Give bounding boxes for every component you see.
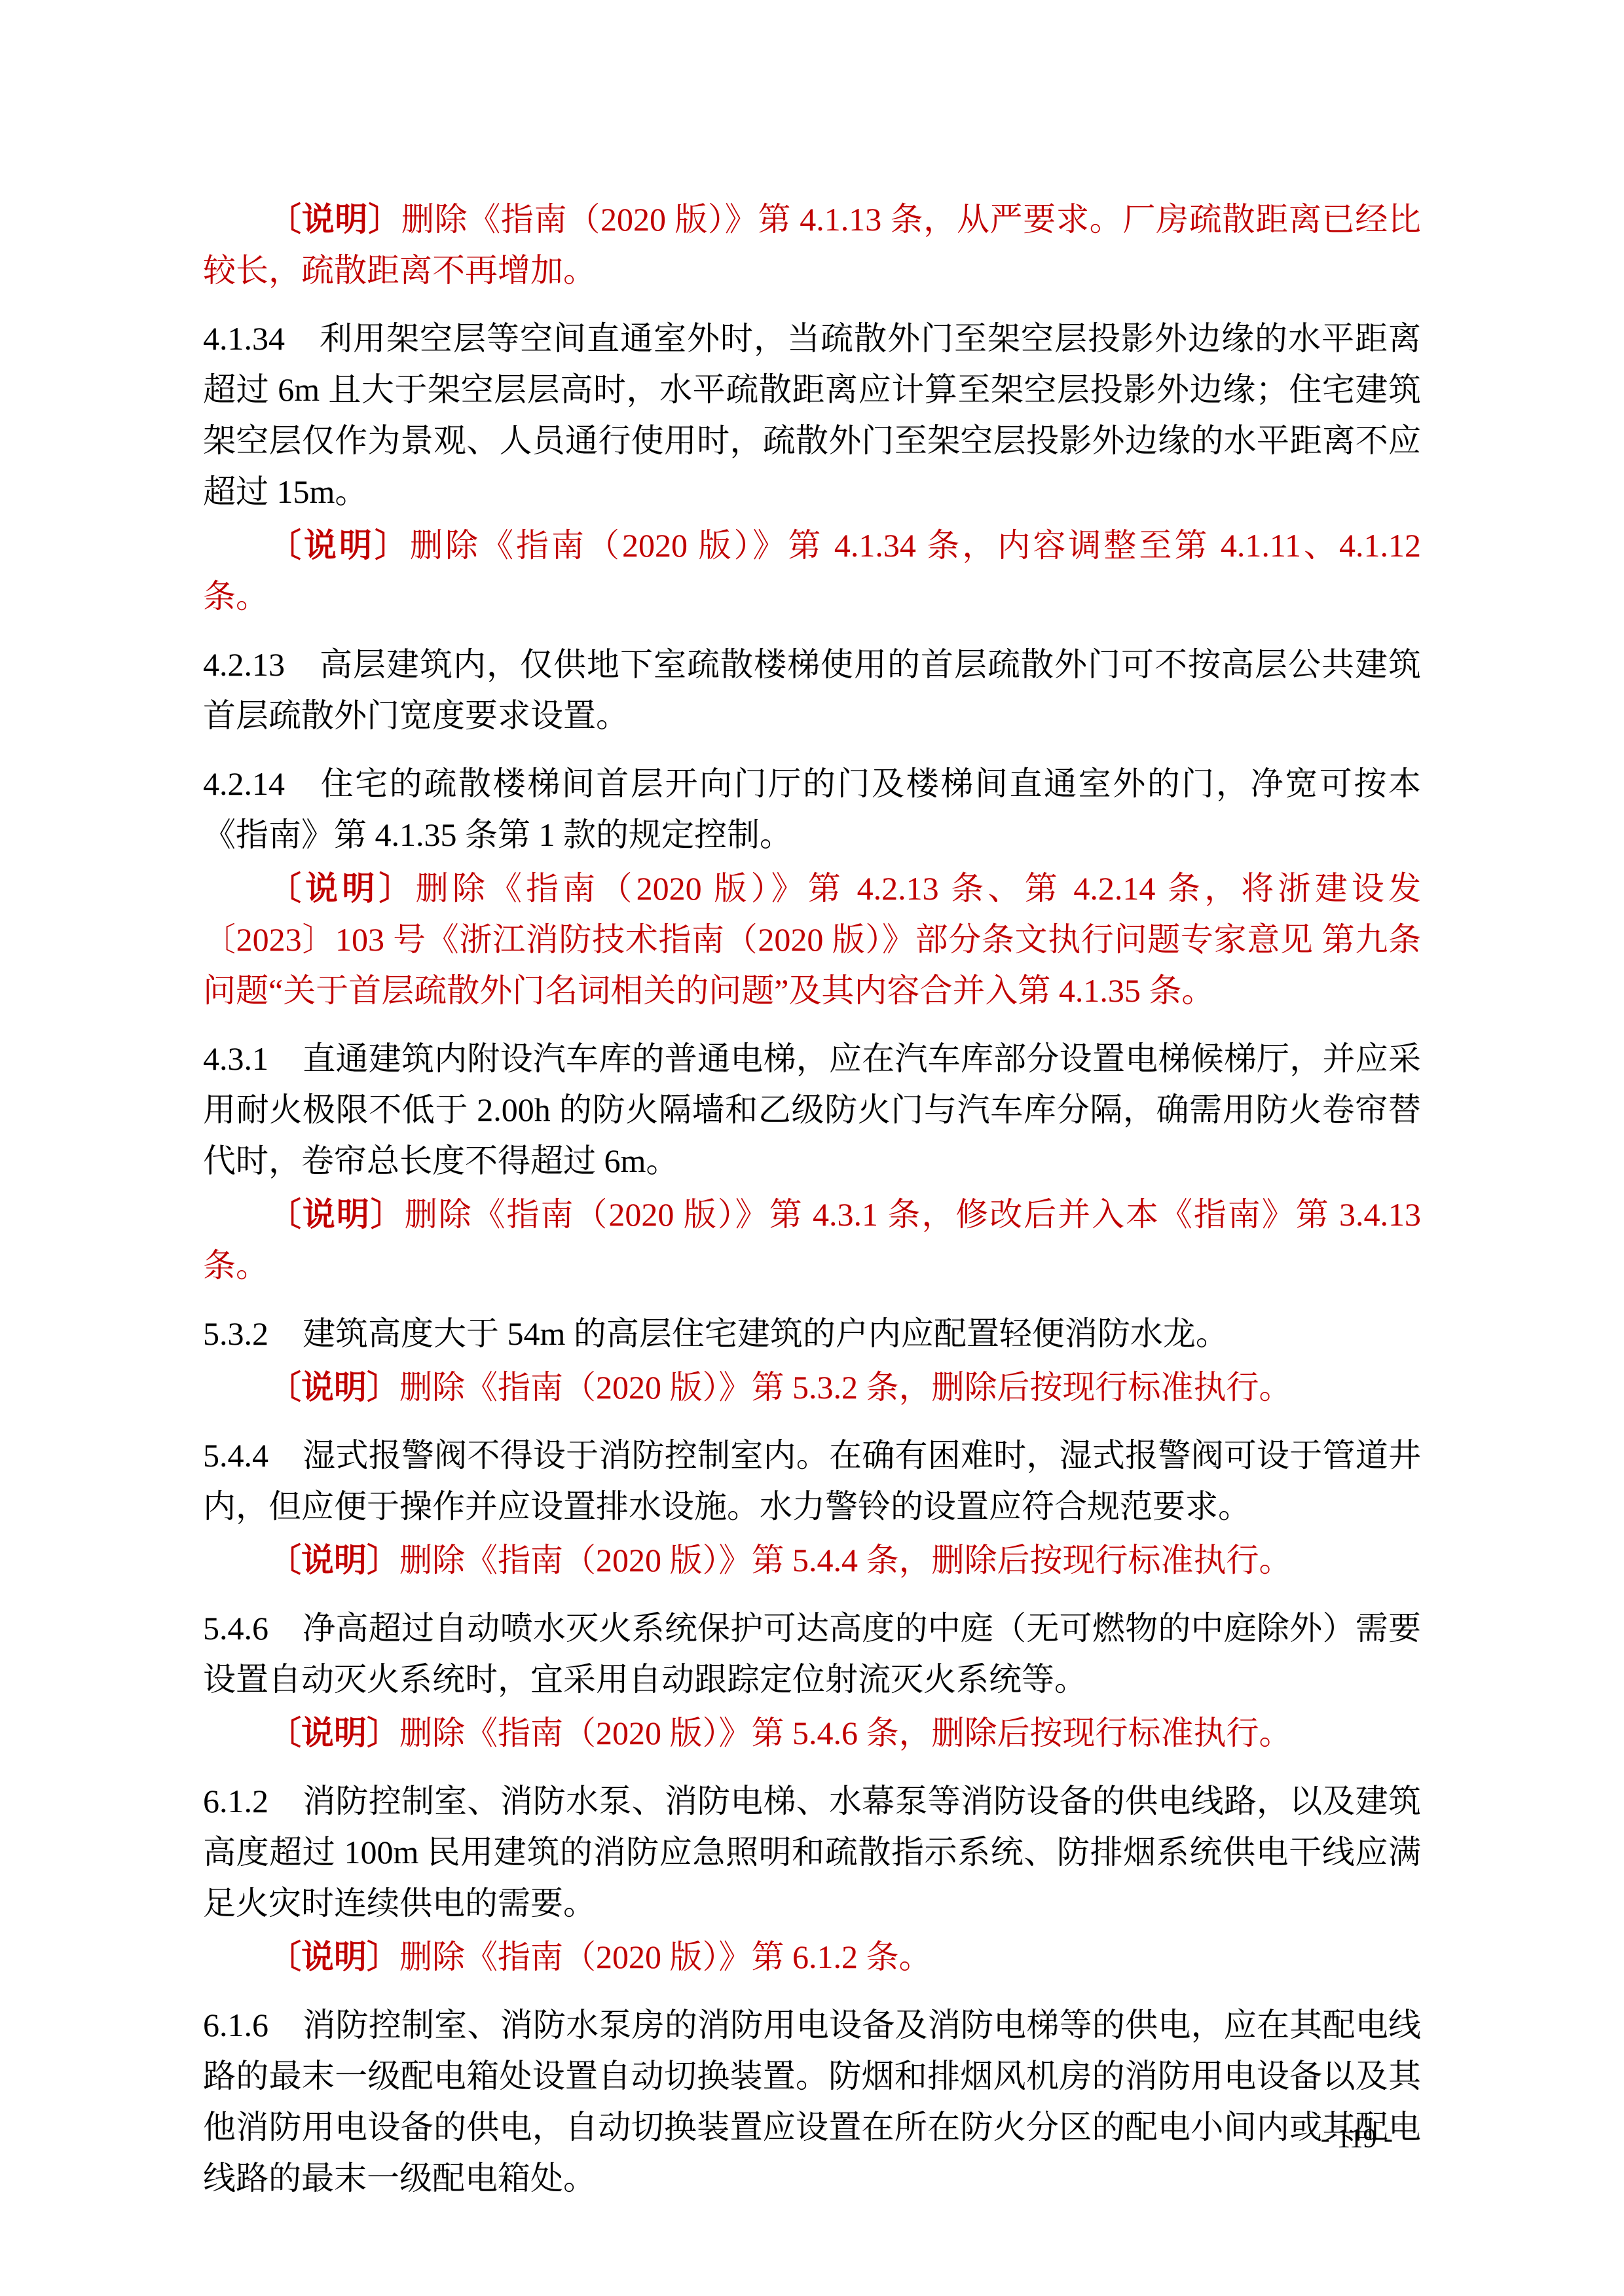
clause-text: 消防控制室、消防水泵、消防电梯、水幕泵等消防设备的供电线路，以及建筑高度超过 1… — [203, 1783, 1421, 1922]
note-paragraph-4-1-34: 〔说明〕删除《指南（2020 版）》第 4.1.34 条，内容调整至第 4.1.… — [203, 520, 1421, 622]
clause-text: 建筑高度大于 54m 的高层住宅建筑的户内应配置轻便消防水龙。 — [303, 1315, 1228, 1352]
note-paragraph-5-4-6: 〔说明〕删除《指南（2020 版）》第 5.4.6 条，删除后按现行标准执行。 — [203, 1707, 1421, 1758]
note-label: 〔说明〕 — [268, 527, 410, 564]
page-content: 〔说明〕删除《指南（2020 版）》第 4.1.13 条，从严要求。厂房疏散距离… — [203, 194, 1421, 2204]
page-footer: - 119 - — [1321, 2123, 1393, 2155]
note-text: 删除《指南（2020 版）》第 5.4.6 条，删除后按现行标准执行。 — [399, 1715, 1292, 1751]
clause-5-3-2: 5.3.2建筑高度大于 54m 的高层住宅建筑的户内应配置轻便消防水龙。 — [203, 1308, 1421, 1359]
note-paragraph-5-3-2: 〔说明〕删除《指南（2020 版）》第 5.3.2 条，删除后按现行标准执行。 — [203, 1362, 1421, 1413]
clause-5-4-6: 5.4.6净高超过自动喷水灭火系统保护可达高度的中庭（无可燃物的中庭除外）需要设… — [203, 1603, 1421, 1705]
note-text: 删除《指南（2020 版）》第 6.1.2 条。 — [399, 1939, 932, 1975]
clause-6-1-2: 6.1.2消防控制室、消防水泵、消防电梯、水幕泵等消防设备的供电线路，以及建筑高… — [203, 1776, 1421, 1929]
note-paragraph-4-2-13-14: 〔说明〕删除《指南（2020 版）》第 4.2.13 条、第 4.2.14 条，… — [203, 863, 1421, 1016]
note-label: 〔说明〕 — [268, 1542, 399, 1578]
note-label: 〔说明〕 — [268, 1369, 399, 1406]
clause-text: 湿式报警阀不得设于消防控制室内。在确有困难时，湿式报警阀可设于管道井内，但应便于… — [203, 1437, 1421, 1525]
clause-number: 5.4.4 — [203, 1437, 268, 1474]
note-paragraph-6-1-2: 〔说明〕删除《指南（2020 版）》第 6.1.2 条。 — [203, 1931, 1421, 1982]
clause-text: 净高超过自动喷水灭火系统保护可达高度的中庭（无可燃物的中庭除外）需要设置自动灭火… — [203, 1610, 1421, 1698]
clause-number: 5.4.6 — [203, 1610, 268, 1647]
clause-4-1-34: 4.1.34利用架空层等空间直通室外时，当疏散外门至架空层投影外边缘的水平距离超… — [203, 313, 1421, 517]
note-label: 〔说明〕 — [268, 1196, 405, 1233]
clause-5-4-4: 5.4.4湿式报警阀不得设于消防控制室内。在确有困难时，湿式报警阀可设于管道井内… — [203, 1430, 1421, 1532]
note-paragraph-4-3-1: 〔说明〕删除《指南（2020 版）》第 4.3.1 条，修改后并入本《指南》第 … — [203, 1189, 1421, 1291]
clause-number: 4.3.1 — [203, 1040, 268, 1077]
clause-text: 利用架空层等空间直通室外时，当疏散外门至架空层投影外边缘的水平距离超过 6m 且… — [203, 320, 1421, 510]
clause-text: 高层建筑内，仅供地下室疏散楼梯使用的首层疏散外门可不按高层公共建筑首层疏散外门宽… — [203, 646, 1421, 734]
clause-number: 4.2.14 — [203, 765, 285, 802]
note-label: 〔说明〕 — [268, 201, 401, 238]
clause-number: 5.3.2 — [203, 1315, 268, 1352]
document-page: 〔说明〕删除《指南（2020 版）》第 4.1.13 条，从严要求。厂房疏散距离… — [0, 0, 1624, 2296]
clause-4-2-13: 4.2.13高层建筑内，仅供地下室疏散楼梯使用的首层疏散外门可不按高层公共建筑首… — [203, 639, 1421, 741]
clause-text: 消防控制室、消防水泵房的消防用电设备及消防电梯等的供电，应在其配电线路的最末一级… — [203, 2007, 1421, 2196]
clause-4-3-1: 4.3.1直通建筑内附设汽车库的普通电梯，应在汽车库部分设置电梯候梯厅，并应采用… — [203, 1033, 1421, 1186]
clause-number: 6.1.6 — [203, 2007, 268, 2043]
clause-number: 4.1.34 — [203, 320, 285, 357]
note-label: 〔说明〕 — [268, 870, 416, 907]
clause-text: 直通建筑内附设汽车库的普通电梯，应在汽车库部分设置电梯候梯厅，并应采用耐火极限不… — [203, 1040, 1421, 1179]
clause-text: 住宅的疏散楼梯间首层开向门厅的门及楼梯间直通室外的门，净宽可按本《指南》第 4.… — [203, 765, 1421, 853]
note-label: 〔说明〕 — [268, 1715, 399, 1751]
page-number: - 119 - — [1321, 2124, 1393, 2154]
clause-4-2-14: 4.2.14住宅的疏散楼梯间首层开向门厅的门及楼梯间直通室外的门，净宽可按本《指… — [203, 758, 1421, 860]
note-text: 删除《指南（2020 版）》第 5.4.4 条，删除后按现行标准执行。 — [399, 1542, 1292, 1578]
clause-number: 4.2.13 — [203, 646, 285, 683]
clause-number: 6.1.2 — [203, 1783, 268, 1819]
clause-6-1-6: 6.1.6消防控制室、消防水泵房的消防用电设备及消防电梯等的供电，应在其配电线路… — [203, 1999, 1421, 2204]
note-paragraph-5-4-4: 〔说明〕删除《指南（2020 版）》第 5.4.4 条，删除后按现行标准执行。 — [203, 1535, 1421, 1586]
note-paragraph-4-1-13: 〔说明〕删除《指南（2020 版）》第 4.1.13 条，从严要求。厂房疏散距离… — [203, 194, 1421, 296]
note-label: 〔说明〕 — [268, 1939, 399, 1975]
note-text: 删除《指南（2020 版）》第 5.3.2 条，删除后按现行标准执行。 — [399, 1369, 1292, 1406]
